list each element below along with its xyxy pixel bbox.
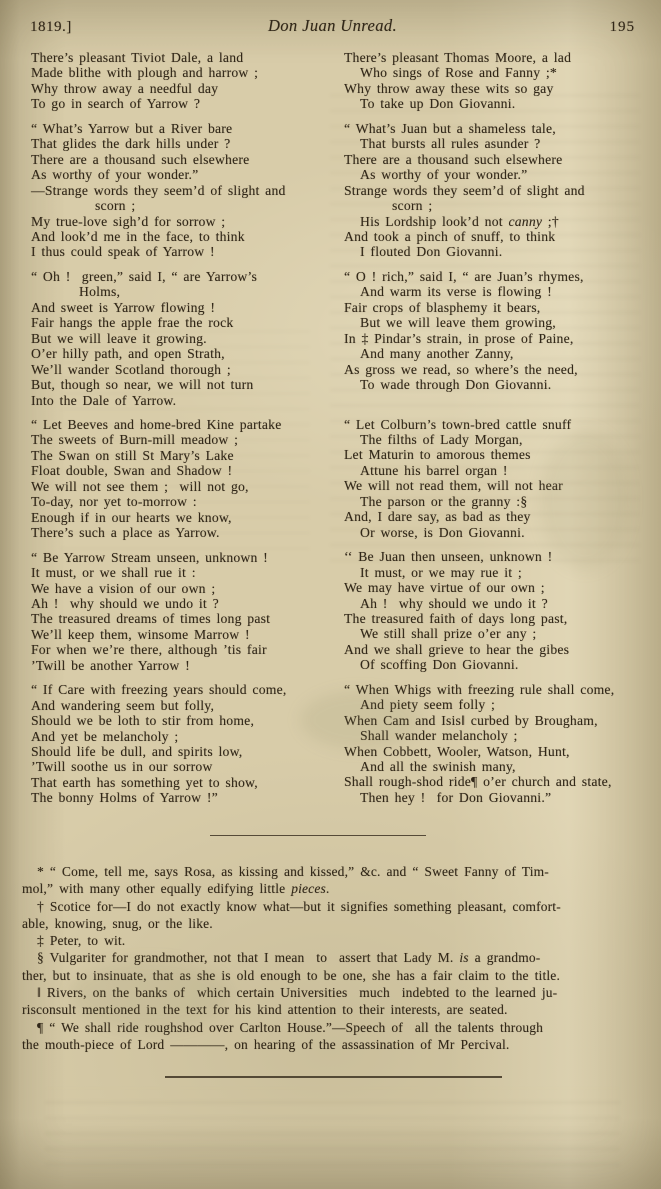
verse-line: The filths of Lady Morgan, <box>344 432 647 447</box>
stanza: There’s pleasant Thomas Moore, a ladWho … <box>344 50 647 112</box>
footnote-line: risconsult mentioned in the text for his… <box>22 1001 645 1018</box>
verse-line: ‘‘ Be Juan then unseen, unknown ! <box>344 549 647 564</box>
verse-line: That earth has something yet to show, <box>31 775 328 790</box>
verse-line: And wandering seem but folly, <box>31 698 328 713</box>
verse-line: Into the Dale of Yarrow. <box>31 393 328 408</box>
verse-line: That glides the dark hills under ? <box>31 136 328 151</box>
verse-line: We will not see them ; will not go, <box>31 479 328 494</box>
footnote: * “ Come, tell me, says Rosa, as kissing… <box>22 863 645 898</box>
verse-line: Attune his barrel organ ! <box>344 463 647 478</box>
stanza: “ Let Colburn’s town-bred cattle snuffTh… <box>344 417 647 541</box>
verse-line: Why throw away a needful day <box>31 81 328 96</box>
stanza: “ If Care with freezing years should com… <box>31 682 328 806</box>
verse-line: “ When Whigs with freezing rule shall co… <box>344 682 647 697</box>
verse-line: To go in search of Yarrow ? <box>31 96 328 111</box>
verse-line: The parson or the granny :§ <box>344 494 647 509</box>
verse-line: In ‡ Pindar’s strain, in prose of Paine, <box>344 331 647 346</box>
verse-line: “ Be Yarrow Stream unseen, unknown ! <box>31 550 328 565</box>
stanza: “ What’s Juan but a shameless tale,That … <box>344 121 647 260</box>
stanza: “ Let Beeves and home-bred Kine partakeT… <box>31 417 328 541</box>
verse-line: Or worse, is Don Giovanni. <box>344 525 647 540</box>
verse-line: Then hey ! for Don Giovanni.” <box>344 790 647 805</box>
verse-line: My true-love sigh’d for sorrow ; <box>31 214 328 229</box>
verse-line: And took a pinch of snuff, to think <box>344 229 647 244</box>
verse-line: When Cam and Isis‖ curbed by Brougham, <box>344 713 647 728</box>
footnote-line: * “ Come, tell me, says Rosa, as kissing… <box>22 863 645 880</box>
verse-line: The Swan on still St Mary’s Lake <box>31 448 328 463</box>
verse-line: Should life be dull, and spirits low, <box>31 744 328 759</box>
verse-line: “ If Care with freezing years should com… <box>31 682 328 697</box>
footnote-line: † Scotice for—I do not exactly know what… <box>22 898 645 915</box>
verse-line: There’s pleasant Tiviot Dale, a land <box>31 50 328 65</box>
verse-line: There’s pleasant Thomas Moore, a lad <box>344 50 647 65</box>
verse-line: Should we be loth to stir from home, <box>31 713 328 728</box>
verse-line: And yet be melancholy ; <box>31 729 328 744</box>
footnote-line: the mouth-piece of Lord ————, on hearing… <box>22 1036 645 1053</box>
verse-line: His Lordship look’d not canny ;† <box>344 214 647 229</box>
year-label: 1819.] <box>30 19 140 36</box>
verse-line: And warm its verse is flowing ! <box>344 284 647 299</box>
verse-line: I thus could speak of Yarrow ! <box>31 244 328 259</box>
page-title: Don Juan Unread. <box>140 16 525 36</box>
poem-column-right: There’s pleasant Thomas Moore, a ladWho … <box>344 50 647 815</box>
verse-line: Ah ! why should we undo it ? <box>344 596 647 611</box>
stanza: “ O ! rich,” said I, “ are Juan’s rhymes… <box>344 269 647 393</box>
footnotes-section: * “ Come, tell me, says Rosa, as kissing… <box>22 863 645 1053</box>
verse-line: As worthy of your wonder.” <box>31 167 328 182</box>
page-showthrough-texture <box>45 1088 620 1166</box>
verse-line: Shall wander melancholy ; <box>344 728 647 743</box>
verse-line: Why throw away these wits so gay <box>344 81 647 96</box>
verse-line: And piety seem folly ; <box>344 697 647 712</box>
footnote-line: ‖ Rivers, on the banks of which certain … <box>22 984 645 1001</box>
book-page: 1819.] Don Juan Unread. 195 There’s plea… <box>0 0 661 1189</box>
verse-line: Ah ! why should we undo it ? <box>31 596 328 611</box>
verse-line: To-day, nor yet to-morrow : <box>31 494 328 509</box>
verse-line: The treasured dreams of times long past <box>31 611 328 626</box>
footnote-line: ther, but to insinuate, that as she is o… <box>22 967 645 984</box>
verse-line: To take up Don Giovanni. <box>344 96 647 111</box>
verse-line: ’Twill be another Yarrow ! <box>31 658 328 673</box>
verse-line: For when we’re there, although ’tis fair <box>31 642 328 657</box>
verse-line: “ Let Colburn’s town-bred cattle snuff <box>344 417 647 432</box>
verse-line: There are a thousand such elsewhere <box>344 152 647 167</box>
verse-line: As gross we read, so where’s the need, <box>344 362 647 377</box>
verse-line: And, I dare say, as bad as they <box>344 509 647 524</box>
verse-line: The treasured faith of days long past, <box>344 611 647 626</box>
stanza: “ Be Yarrow Stream unseen, unknown !It m… <box>31 550 328 674</box>
verse-line: “ Let Beeves and home-bred Kine partake <box>31 417 328 432</box>
stanza: “ What’s Yarrow but a River bareThat gli… <box>31 121 328 260</box>
stanza: “ Oh ! green,” said I, “ are Yarrow’sHol… <box>31 269 328 408</box>
verse-line: Strange words they seem’d of slight and <box>344 183 647 198</box>
verse-line: It must, or we may rue it ; <box>344 565 647 580</box>
verse-line: Made blithe with plough and harrow ; <box>31 65 328 80</box>
verse-line: Enough if in our hearts we know, <box>31 510 328 525</box>
footnote-line: mol,” with many other equally edifying l… <box>22 880 645 897</box>
verse-line: “ Oh ! green,” said I, “ are Yarrow’s <box>31 269 328 284</box>
footnote-line: able, knowing, snug, or the like. <box>22 915 645 932</box>
page-number: 195 <box>525 19 635 36</box>
verse-line: Fair hangs the apple frae the rock <box>31 315 328 330</box>
verse-line: There are a thousand such elsewhere <box>31 152 328 167</box>
poem-column-left: There’s pleasant Tiviot Dale, a landMade… <box>31 50 328 815</box>
verse-line: And look’d me in the face, to think <box>31 229 328 244</box>
verse-line: And many another Zanny, <box>344 346 647 361</box>
verse-line: The bonny Holms of Yarrow !” <box>31 790 328 805</box>
verse-line: O’er hilly path, and open Strath, <box>31 346 328 361</box>
verse-line: scorn ; <box>344 198 647 213</box>
verse-line: And all the swinish many, <box>344 759 647 774</box>
verse-line: But we will leave it growing. <box>31 331 328 346</box>
footnote: ¶ “ We shall ride roughshod over Carlton… <box>22 1019 645 1054</box>
verse-line: We have a vision of our own ; <box>31 581 328 596</box>
verse-line: We’ll wander Scotland thorough ; <box>31 362 328 377</box>
verse-line: That bursts all rules asunder ? <box>344 136 647 151</box>
verse-line: We may have virtue of our own ; <box>344 580 647 595</box>
bottom-rule <box>165 1076 502 1078</box>
verse-line: We’ll keep them, winsome Marrow ! <box>31 627 328 642</box>
verse-line: But we will leave them growing, <box>344 315 647 330</box>
footnote-line: ¶ “ We shall ride roughshod over Carlton… <box>22 1019 645 1036</box>
poem-columns: There’s pleasant Tiviot Dale, a landMade… <box>31 50 647 815</box>
verse-line: Shall rough-shod ride¶ o’er church and s… <box>344 774 647 789</box>
stanza: There’s pleasant Tiviot Dale, a landMade… <box>31 50 328 112</box>
verse-line: Let Maturin to amorous themes <box>344 447 647 462</box>
footnote: § Vulgariter for grandmother, not that I… <box>22 949 645 984</box>
verse-line: When Cobbett, Wooler, Watson, Hunt, <box>344 744 647 759</box>
verse-line: There’s such a place as Yarrow. <box>31 525 328 540</box>
verse-line: Holms, <box>31 284 328 299</box>
verse-line: And we shall grieve to hear the gibes <box>344 642 647 657</box>
stanza: “ When Whigs with freezing rule shall co… <box>344 682 647 806</box>
verse-line: Of scoffing Don Giovanni. <box>344 657 647 672</box>
footnote: ‡ Peter, to wit. <box>22 932 645 949</box>
verse-line: “ What’s Juan but a shameless tale, <box>344 121 647 136</box>
verse-line: And sweet is Yarrow flowing ! <box>31 300 328 315</box>
footnote-divider-rule <box>210 835 426 836</box>
verse-line: “ What’s Yarrow but a River bare <box>31 121 328 136</box>
verse-line: Who sings of Rose and Fanny ;* <box>344 65 647 80</box>
verse-line: The sweets of Burn-mill meadow ; <box>31 432 328 447</box>
verse-line: Float double, Swan and Shadow ! <box>31 463 328 478</box>
footnote-line: ‡ Peter, to wit. <box>22 932 645 949</box>
verse-line: But, though so near, we will not turn <box>31 377 328 392</box>
stanza: ‘‘ Be Juan then unseen, unknown !It must… <box>344 549 647 673</box>
verse-line: ’Twill soothe us in our sorrow <box>31 759 328 774</box>
footnote: † Scotice for—I do not exactly know what… <box>22 898 645 933</box>
verse-line: Fair crops of blasphemy it bears, <box>344 300 647 315</box>
verse-line: —Strange words they seem’d of slight and <box>31 183 328 198</box>
verse-line: It must, or we shall rue it : <box>31 565 328 580</box>
verse-line: We will not read them, will not hear <box>344 478 647 493</box>
verse-line: scorn ; <box>31 198 328 213</box>
verse-line: To wade through Don Giovanni. <box>344 377 647 392</box>
verse-line: We still shall prize o’er any ; <box>344 626 647 641</box>
verse-line: I flouted Don Giovanni. <box>344 244 647 259</box>
footnote-line: § Vulgariter for grandmother, not that I… <box>22 949 645 966</box>
verse-line: “ O ! rich,” said I, “ are Juan’s rhymes… <box>344 269 647 284</box>
footnote: ‖ Rivers, on the banks of which certain … <box>22 984 645 1019</box>
running-header: 1819.] Don Juan Unread. 195 <box>30 16 635 36</box>
verse-line: As worthy of your wonder.” <box>344 167 647 182</box>
